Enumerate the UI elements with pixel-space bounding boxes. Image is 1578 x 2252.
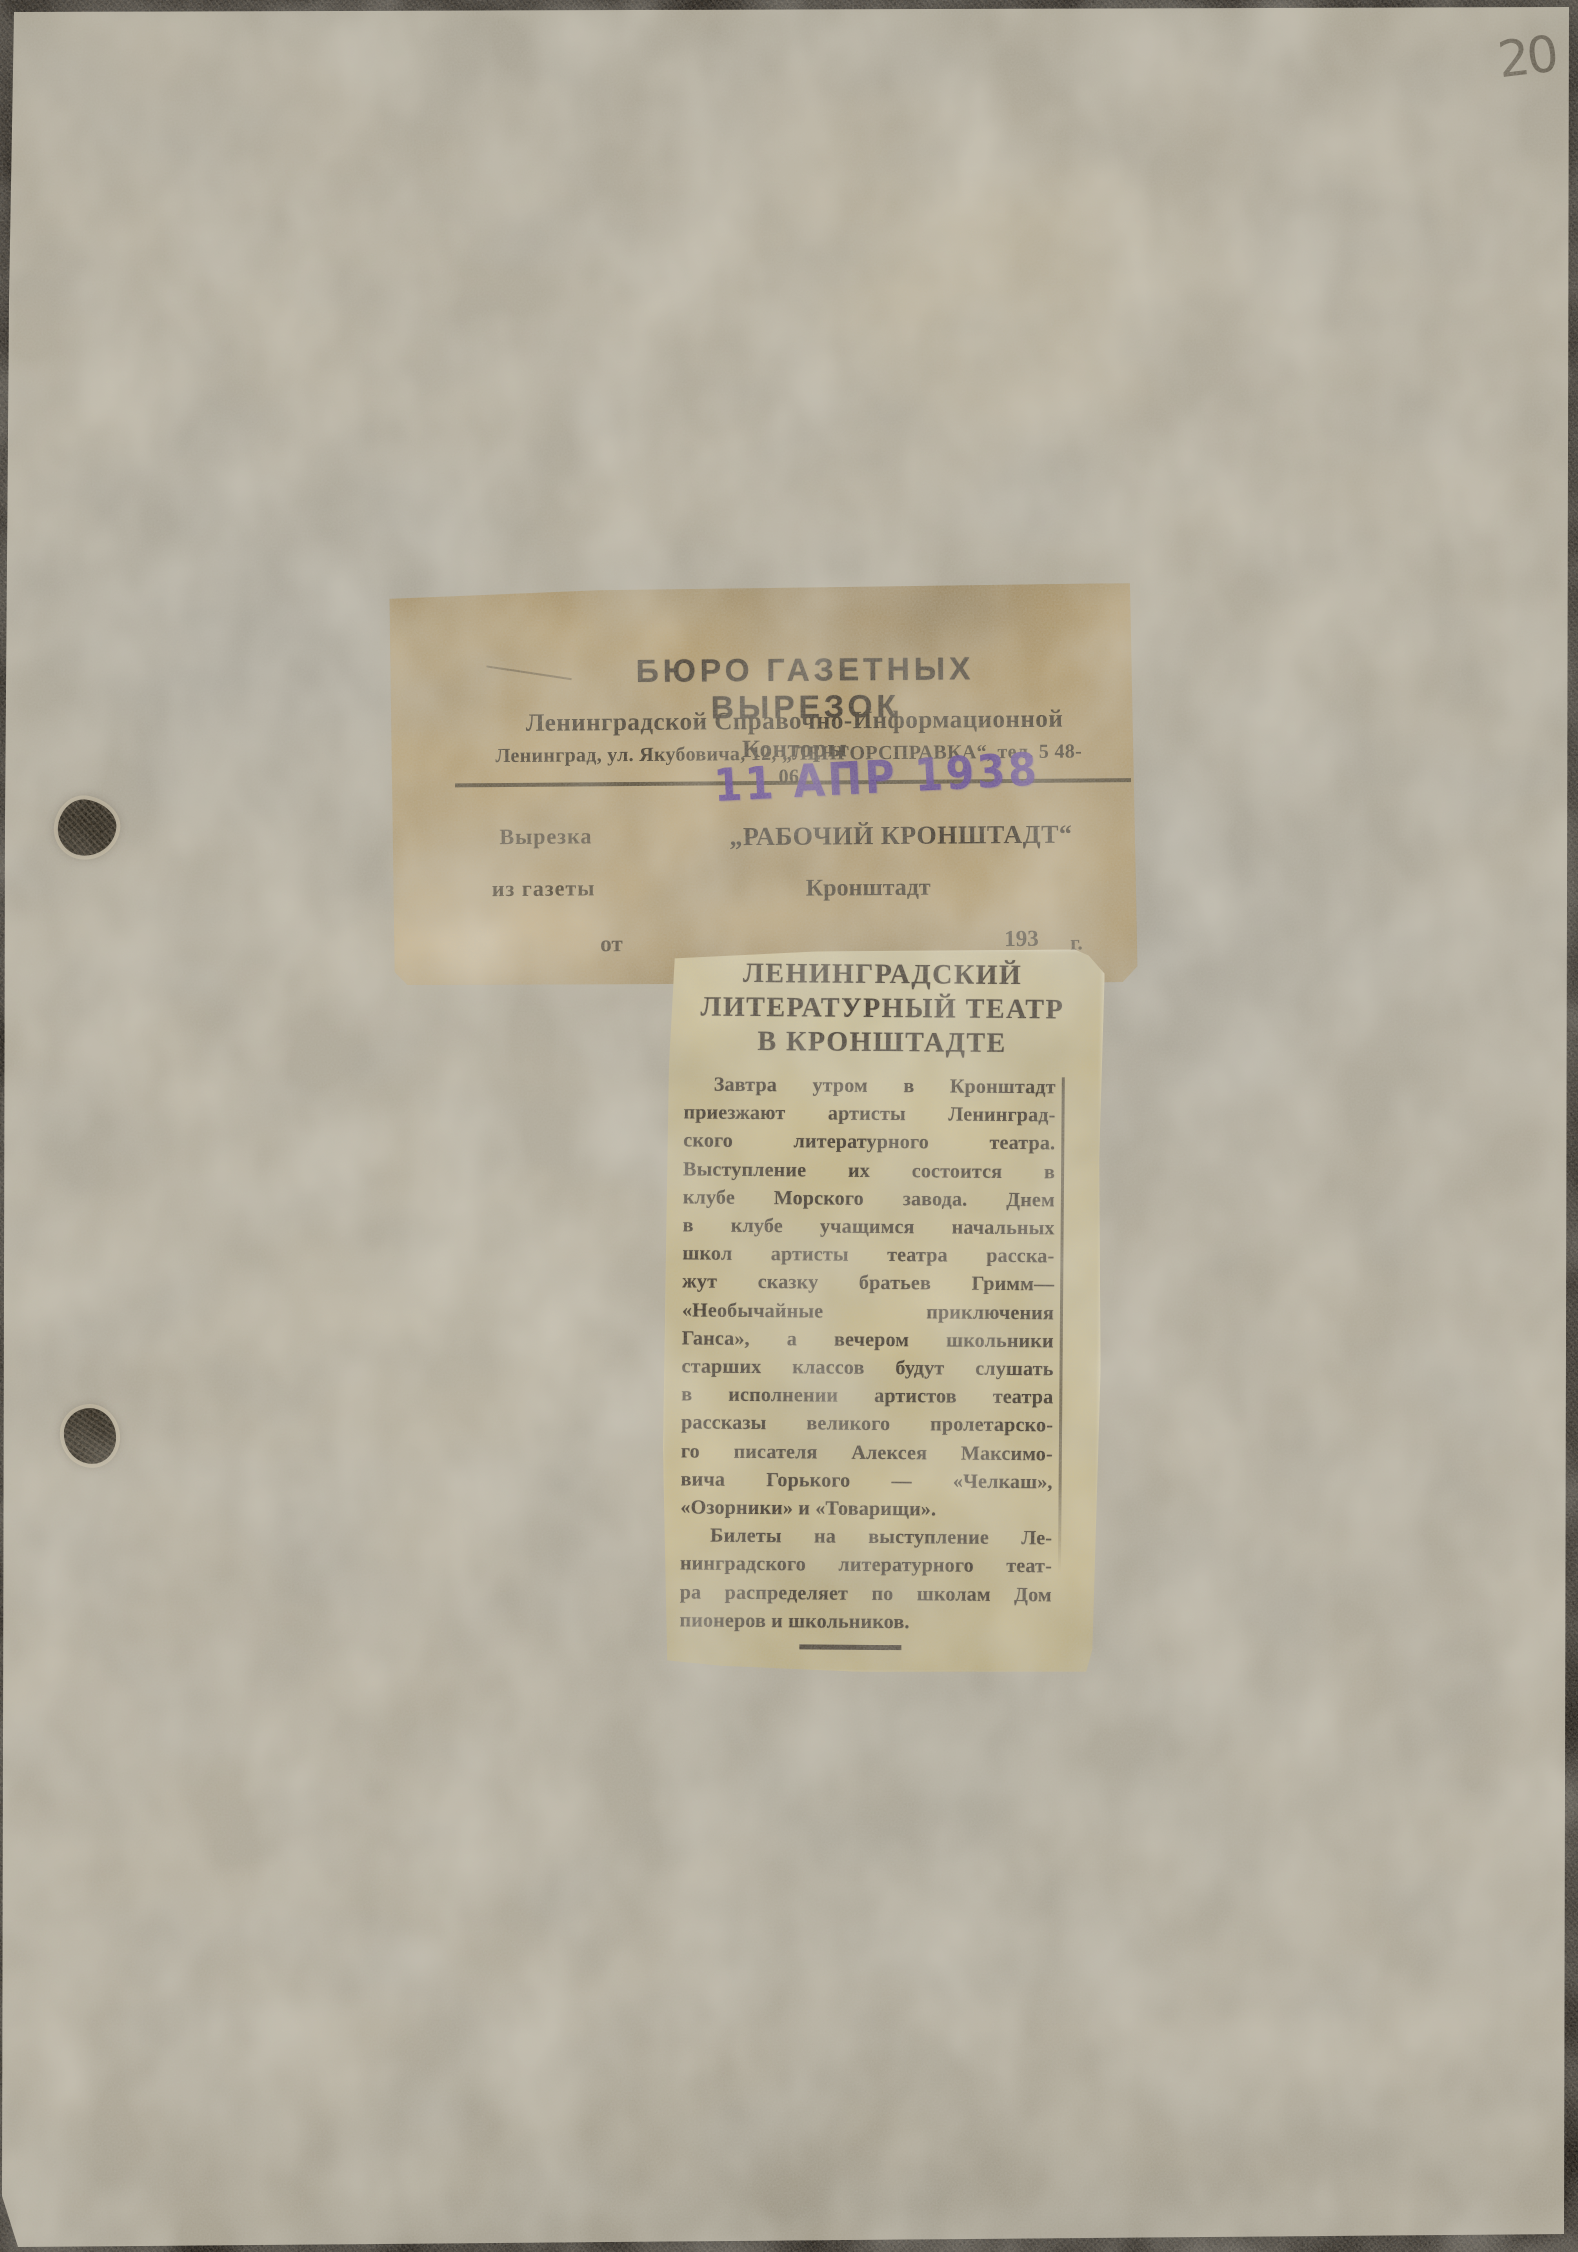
clipping-line: нинградского литературного теат- [680, 1550, 1052, 1581]
clipping-line: Билеты на выступление Ле- [680, 1522, 1052, 1553]
headline-line: В КРОНШТАДТЕ [682, 1024, 1082, 1061]
clipping-line: «Необычайные приключения [682, 1296, 1054, 1327]
column-rule [1058, 1077, 1065, 1572]
clipping-line: старших классов будут слушать [681, 1352, 1053, 1383]
clipping-line: пионеров и школьников. [679, 1606, 1051, 1637]
newspaper-clipping: ЛЕНИНГРАДСКИЙ ЛИТЕРАТУРНЫЙ ТЕАТР В КРОНШ… [661, 946, 1105, 1673]
clipping-line: приезжают артисты Ленинград- [683, 1099, 1055, 1130]
field-value-newspaper-name: „РАБОЧИЙ КРОНШТАДТ“ [729, 820, 1072, 853]
clipping-line: жут сказку братьев Гримм— [682, 1268, 1054, 1299]
scanned-archive-page: 20 БЮРО ГАЗЕТНЫХ ВЫРЕЗОК Ленинградской С… [0, 0, 1578, 2252]
clipping-body: Завтра утром в Кронштадт приезжают артис… [679, 1070, 1055, 1637]
headline-line: ЛЕНИНГРАДСКИЙ [683, 956, 1083, 993]
clipping-line: «Озорники» и «Товарищи». [680, 1493, 1052, 1524]
clipping-line: клубе Морского завода. Днем [683, 1183, 1055, 1214]
clipping-line: ра распределяет по школам Дом [680, 1578, 1052, 1609]
clipping-headline: ЛЕНИНГРАДСКИЙ ЛИТЕРАТУРНЫЙ ТЕАТР В КРОНШ… [682, 956, 1083, 1061]
punch-hole-top [54, 796, 120, 860]
clipping-line: Завтра утром в Кронштадт [684, 1070, 1056, 1101]
headline-line: ЛИТЕРАТУРНЫЙ ТЕАТР [682, 990, 1082, 1027]
clipping-line: Ганса», а вечером школьники [682, 1324, 1054, 1355]
page-number-handwritten: 20 [1495, 25, 1559, 90]
clipping-line: вича Горького — «Челкаш», [681, 1465, 1053, 1496]
clipping-line: школ артисты театра расска- [682, 1240, 1054, 1271]
clipping-line: рассказы великого пролетарско- [681, 1409, 1053, 1440]
field-label-from-newspaper: из газеты [492, 875, 596, 902]
clipping-line: го писателя Алексея Максимо- [681, 1437, 1053, 1468]
field-year-fragment: 193 [1004, 926, 1039, 952]
album-page: 20 БЮРО ГАЗЕТНЫХ ВЫРЕЗОК Ленинградской С… [0, 0, 1578, 2252]
clipping-line: в исполнении артистов театра [681, 1381, 1053, 1412]
clipping-line: в клубе учащимся начальных [683, 1211, 1055, 1242]
field-value-city: Кронштадт [806, 875, 931, 903]
clipping-line: ского литературного театра. [683, 1127, 1055, 1158]
clipping-line: Выступление их состоится в [683, 1155, 1055, 1186]
field-label-date: от [600, 931, 623, 957]
clipping-bureau-label: БЮРО ГАЗЕТНЫХ ВЫРЕЗОК Ленинградской Спра… [389, 583, 1137, 988]
field-label-clipping: Вырезка [499, 823, 592, 850]
end-divider [799, 1644, 901, 1650]
punch-hole-bottom [62, 1406, 118, 1465]
